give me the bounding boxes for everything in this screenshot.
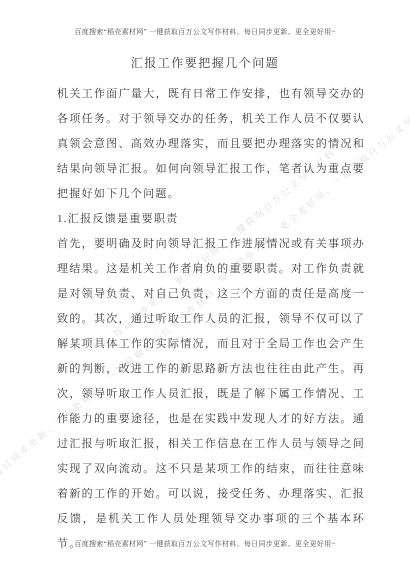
document-page: 每日同步更新、更全更好用，一键获取百万公文写作材料 每日同步更新、更全更好用，一… xyxy=(0,0,410,580)
document-body: 机关工作面广量大，既有日常工作安排，也有领导交办的各项任务。对于领导交办的任务，… xyxy=(57,82,365,557)
paragraph-section-1: 首先，要明确及时向领导汇报工作进展情况或有关事项办理结果。这是机关工作者肩负的重… xyxy=(57,232,365,557)
page-header-note: 百度搜索“稻壳素材网” 一键获取百万公文写作材料、每日同步更新、更全更好用~ xyxy=(0,27,410,37)
paragraph-intro: 机关工作面广量大，既有日常工作安排，也有领导交办的各项任务。对于领导交办的任务，… xyxy=(57,82,365,207)
section-heading-1: 1.汇报反馈是重要职责 xyxy=(57,207,365,232)
document-title: 汇报工作要把握几个问题 xyxy=(0,54,410,71)
